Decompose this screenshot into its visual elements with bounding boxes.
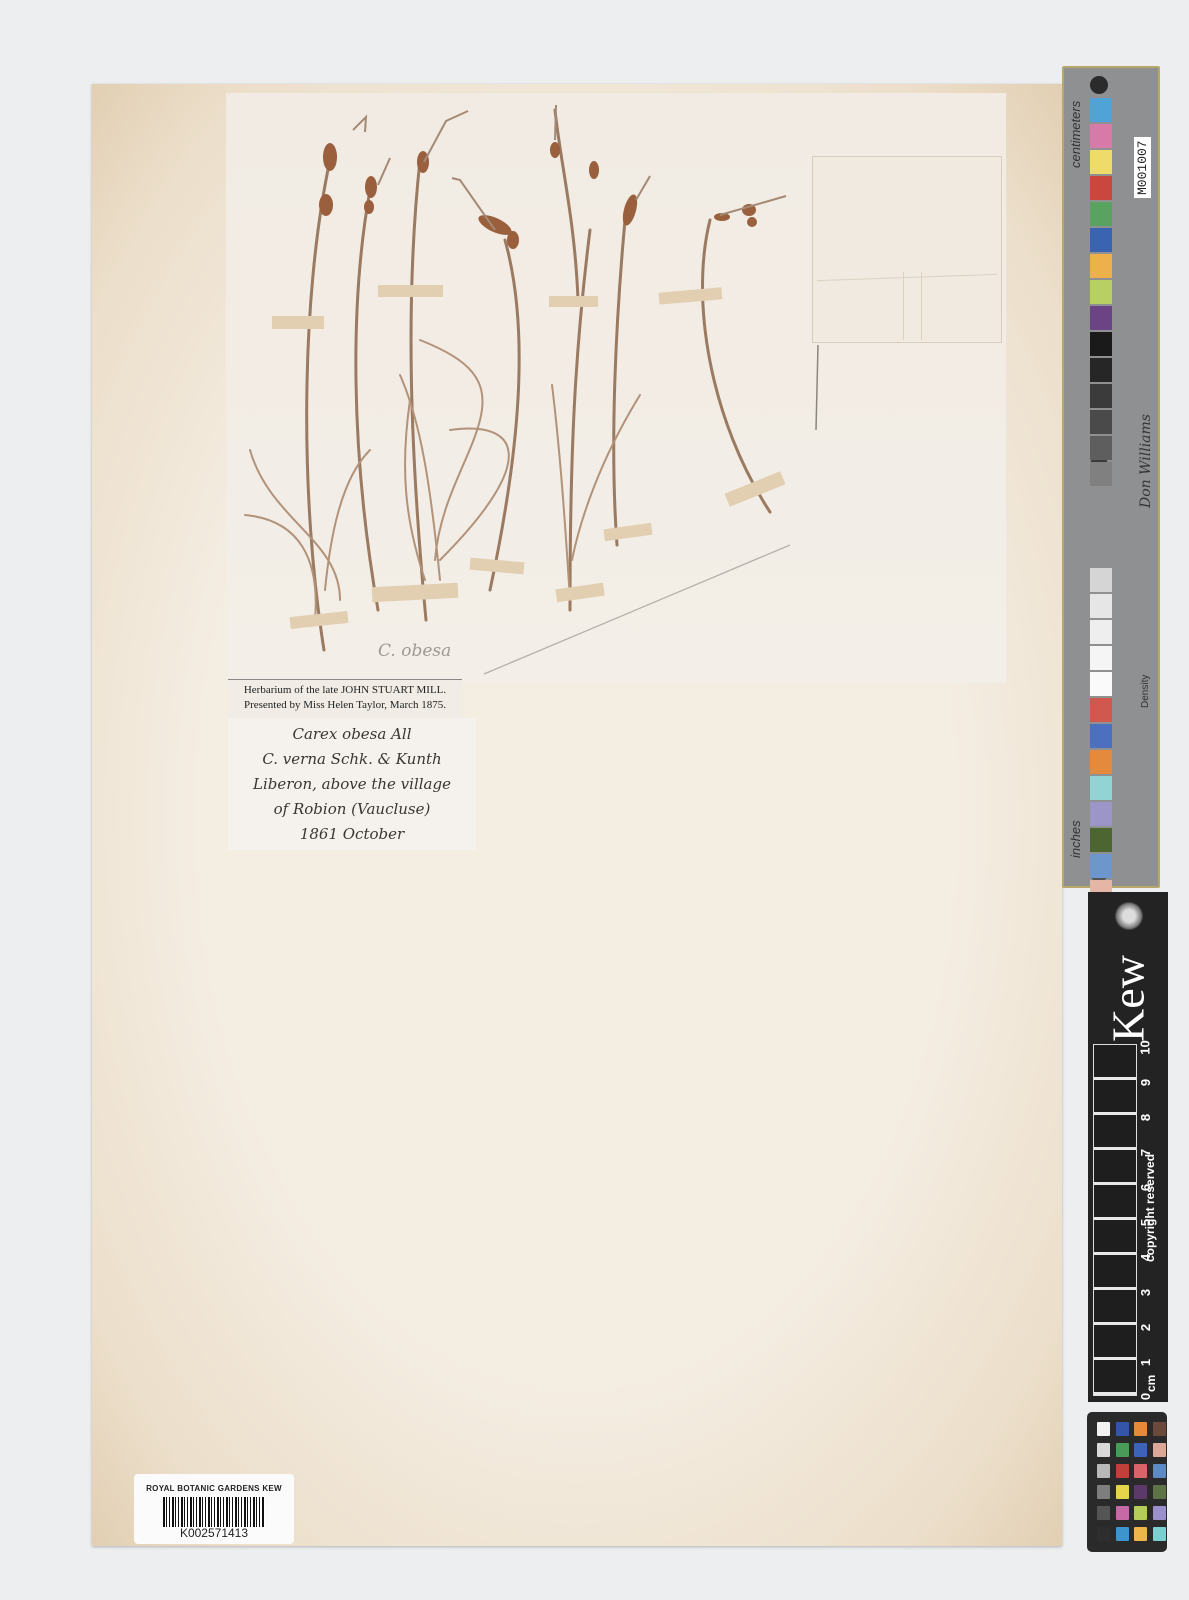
pencil-line (484, 545, 790, 674)
density-label: Density (1140, 675, 1151, 708)
color-patch (1090, 594, 1112, 618)
color-chart-swatch (1153, 1527, 1166, 1541)
color-chart-swatch (1134, 1506, 1147, 1520)
ruler-unit-cm: centimeters (1068, 101, 1083, 168)
color-chart-swatch (1116, 1464, 1129, 1478)
color-chart-swatch (1116, 1422, 1129, 1436)
ruler-id-code: M001007 (1134, 137, 1151, 198)
color-patch (1090, 854, 1112, 878)
handwritten-line: 1861 October (234, 822, 470, 847)
barcode-sticker: ROYAL BOTANIC GARDENS KEW K002571413 (134, 1474, 294, 1544)
printed-collection-label: Herbarium of the late JOHN STUART MILL. … (228, 679, 462, 718)
color-chart-swatch (1097, 1506, 1110, 1520)
cm-scale-bar (1093, 1044, 1137, 1396)
handwritten-line: C. verna Schk. & Kunth (234, 747, 470, 772)
scale-number: 8 (1138, 1114, 1153, 1121)
scale-number: 10 (1138, 1040, 1153, 1054)
color-chart-swatch (1134, 1485, 1147, 1499)
color-chart-swatch (1134, 1464, 1147, 1478)
kew-scale-label: Kew 0 1 2 3 4 5 6 7 8 9 10 copyright res… (1088, 892, 1168, 1402)
color-patch (1090, 672, 1112, 696)
scale-number: 9 (1138, 1079, 1153, 1086)
color-patch (1090, 254, 1112, 278)
color-patch (1090, 280, 1112, 304)
scale-number: 0 (1138, 1393, 1153, 1400)
crest-icon (1114, 902, 1144, 930)
color-patch (1090, 228, 1112, 252)
color-chart-swatch (1097, 1443, 1110, 1457)
color-chart-swatch (1097, 1464, 1110, 1478)
color-patch (1090, 462, 1112, 486)
color-chart-swatch (1134, 1422, 1147, 1436)
handwritten-line: Liberon, above the village (234, 772, 470, 797)
color-patch (1090, 150, 1112, 174)
color-chart-swatch (1153, 1485, 1166, 1499)
kew-logo: Kew (1102, 949, 1155, 1049)
ruler-hole-icon (1090, 76, 1108, 94)
handwritten-line: of Robion (Vaucluse) (234, 797, 470, 822)
color-chart-swatch (1116, 1506, 1129, 1520)
handwritten-line: Carex obesa All (234, 722, 470, 747)
handwritten-label: Carex obesa All C. verna Schk. & Kunth L… (228, 718, 476, 850)
scale-unit: cm (1144, 1375, 1158, 1392)
color-chart-swatch (1097, 1527, 1110, 1541)
color-patch (1090, 98, 1112, 122)
ruler-brand: Don Williams (1138, 414, 1154, 508)
printed-label-line: Presented by Miss Helen Taylor, March 18… (228, 698, 462, 713)
color-patch (1090, 124, 1112, 148)
color-patch (1090, 802, 1112, 826)
color-patch (1090, 384, 1112, 408)
color-chart-swatch (1153, 1506, 1166, 1520)
printed-label-line: Herbarium of the late JOHN STUART MILL. (228, 683, 462, 698)
color-chart-swatch (1134, 1443, 1147, 1457)
color-patch (1090, 828, 1112, 852)
color-patch (1090, 698, 1112, 722)
color-checker-chart (1087, 1412, 1167, 1552)
scale-number: 3 (1138, 1289, 1153, 1296)
scale-number: 1 (1138, 1359, 1153, 1366)
color-patch (1090, 776, 1112, 800)
color-chart-swatch (1097, 1485, 1110, 1499)
spikelets (319, 142, 757, 249)
color-patch (1090, 202, 1112, 226)
color-chart-swatch (1116, 1485, 1129, 1499)
color-patch (1090, 750, 1112, 774)
color-chart-swatch (1097, 1422, 1110, 1436)
color-patch (1090, 436, 1112, 460)
scale-number: 2 (1138, 1324, 1153, 1331)
plant-specimens (0, 0, 1189, 1600)
color-patch (1090, 306, 1112, 330)
determination-note: C. obesa (378, 641, 451, 661)
color-patch (1090, 176, 1112, 200)
color-patch (1090, 358, 1112, 382)
copyright-text: copyright reserved (1143, 1154, 1157, 1262)
color-patch (1090, 620, 1112, 644)
mounting-tapes (272, 285, 785, 629)
ruler-unit-inches: inches (1068, 820, 1083, 858)
color-chart-swatch (1116, 1527, 1129, 1541)
color-chart-swatch (1134, 1527, 1147, 1541)
color-patch (1090, 568, 1112, 592)
institution-name: ROYAL BOTANIC GARDENS KEW (134, 1484, 294, 1493)
color-patch (1090, 332, 1112, 356)
color-patch (1090, 724, 1112, 748)
color-chart-swatch (1153, 1464, 1166, 1478)
color-chart-swatch (1153, 1422, 1166, 1436)
color-patch (1090, 646, 1112, 670)
barcode-number: K002571413 (134, 1526, 294, 1540)
color-reference-ruler: centimeters inches Don Williams Density … (1062, 66, 1160, 888)
color-chart-swatch (1153, 1443, 1166, 1457)
color-chart-swatch (1116, 1443, 1129, 1457)
color-patch (1090, 410, 1112, 434)
barcode-icon (163, 1497, 265, 1527)
